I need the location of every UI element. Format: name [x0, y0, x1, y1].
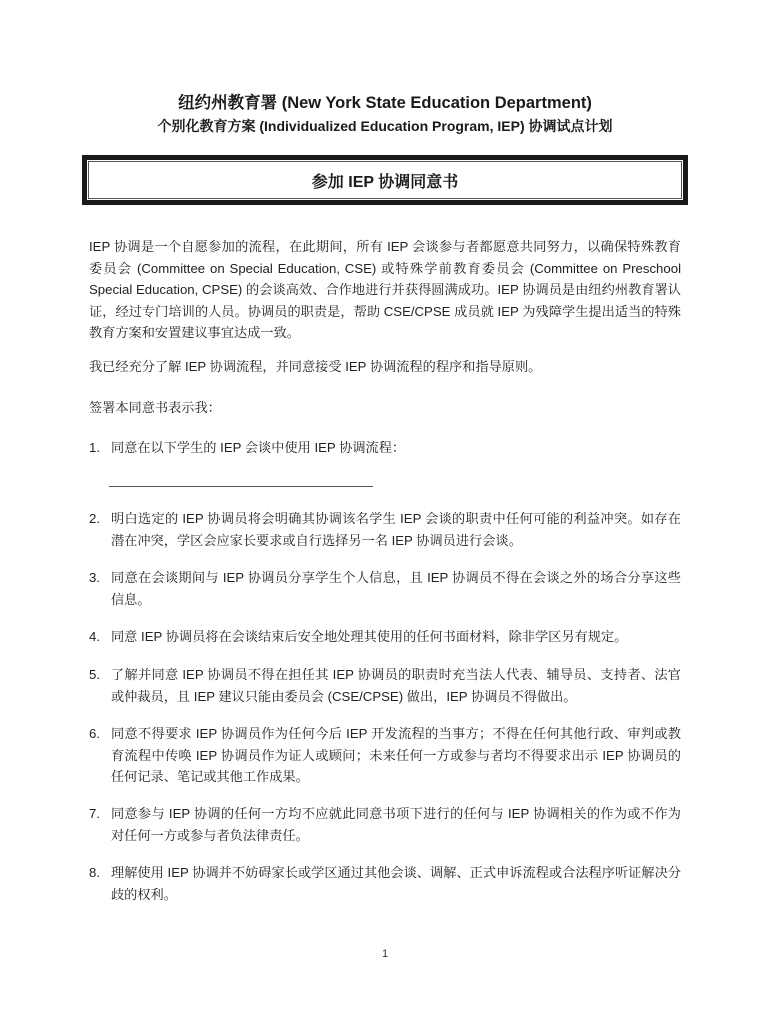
- list-item: 8. 理解使用 IEP 协调并不妨碍家长或学区通过其他会谈、调解、正式申诉流程或…: [89, 862, 681, 905]
- item-number: 5.: [89, 664, 111, 707]
- list-item: 3. 同意在会谈期间与 IEP 协调员分享学生个人信息，且 IEP 协调员不得在…: [89, 567, 681, 610]
- list-item: 4. 同意 IEP 协调员将在会谈结束后安全地处理其使用的任何书面材料，除非学区…: [89, 626, 681, 648]
- item-number: 6.: [89, 723, 111, 788]
- item-text: 理解使用 IEP 协调并不妨碍家长或学区通过其他会谈、调解、正式申诉流程或合法程…: [111, 862, 681, 905]
- form-title: 参加 IEP 协调同意书: [88, 161, 682, 199]
- list-item: 7. 同意参与 IEP 协调的任何一方均不应就此同意书项下进行的任何与 IEP …: [89, 803, 681, 846]
- item-text: 同意在以下学生的 IEP 会谈中使用 IEP 协调流程：: [111, 437, 681, 459]
- list-item: 1. 同意在以下学生的 IEP 会谈中使用 IEP 协调流程：: [89, 437, 681, 459]
- student-name-line[interactable]: [109, 486, 373, 487]
- header-title: 纽约州教育署 (New York State Education Departm…: [0, 93, 770, 113]
- item-text: 同意参与 IEP 协调的任何一方均不应就此同意书项下进行的任何与 IEP 协调相…: [111, 803, 681, 846]
- item-number: 4.: [89, 626, 111, 648]
- item-text: 明白选定的 IEP 协调员将会明确其协调该名学生 IEP 会谈的职责中任何可能的…: [111, 508, 681, 551]
- item-text: 同意 IEP 协调员将在会谈结束后安全地处理其使用的任何书面材料，除非学区另有规…: [111, 626, 681, 648]
- item-number: 2.: [89, 508, 111, 551]
- list-item: 5. 了解并同意 IEP 协调员不得在担任其 IEP 协调员的职责时充当法人代表…: [89, 664, 681, 707]
- item-text: 同意在会谈期间与 IEP 协调员分享学生个人信息，且 IEP 协调员不得在会谈之…: [111, 567, 681, 610]
- list-item: 2. 明白选定的 IEP 协调员将会明确其协调该名学生 IEP 会谈的职责中任何…: [89, 508, 681, 551]
- document-page: 纽约州教育署 (New York State Education Departm…: [0, 0, 770, 1024]
- item-number: 7.: [89, 803, 111, 846]
- list-item: 6. 同意不得要求 IEP 协调员作为任何今后 IEP 开发流程的当事方；不得在…: [89, 723, 681, 788]
- item-text: 同意不得要求 IEP 协调员作为任何今后 IEP 开发流程的当事方；不得在任何其…: [111, 723, 681, 788]
- page-number: 1: [0, 948, 770, 960]
- item-number: 1.: [89, 437, 111, 459]
- item-text: 了解并同意 IEP 协调员不得在担任其 IEP 协调员的职责时充当法人代表、辅导…: [111, 664, 681, 707]
- understanding-statement: 我已经充分了解 IEP 协调流程，并同意接受 IEP 协调流程的程序和指导原则。: [89, 356, 681, 378]
- form-title-box: 参加 IEP 协调同意书: [82, 155, 688, 205]
- item-number: 8.: [89, 862, 111, 905]
- signing-intro: 签署本同意书表示我：: [89, 397, 681, 419]
- intro-paragraph: IEP 协调是一个自愿参加的流程，在此期间，所有 IEP 会谈参与者都愿意共同努…: [89, 236, 681, 344]
- header-subtitle: 个别化教育方案 (Individualized Education Progra…: [0, 117, 770, 135]
- item-number: 3.: [89, 567, 111, 610]
